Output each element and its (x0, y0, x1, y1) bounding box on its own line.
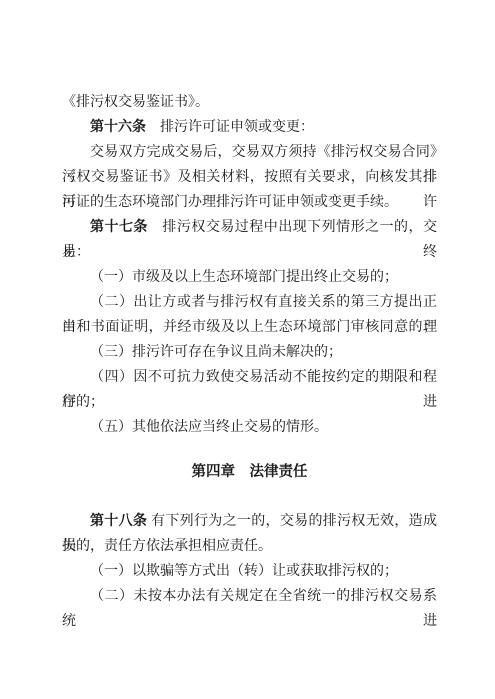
line-text: （四）因不可抗力致使交易活动不能按约定的期限和程序进 (62, 370, 437, 410)
line-text: （五）其他依法应当终止交易的情形。 (90, 420, 328, 435)
text-line: 《排污权交易鉴证书》。 (62, 90, 437, 115)
line-text: （三）排污许可存在争议且尚未解决的； (90, 345, 342, 360)
line-text: 失的，责任方依法承担相应责任。 (62, 539, 272, 554)
text-line: 交易双方完成交易后，交易双方须持《排污权交易合同》《排 (62, 140, 437, 165)
text-line: 污权交易鉴证书》及相关材料，按照有关要求，向核发其排污许 (62, 165, 437, 190)
text-line: 由和书面证明，并经市级及以上生态环境部门审核同意的； (62, 315, 437, 340)
line-text: 行的； (62, 395, 104, 410)
article-number: 第十七条 (90, 220, 148, 235)
text-line: （一）以欺骗等方式出（转）让或获取排污权的； (62, 559, 437, 584)
line-text: 排污许可证申领或变更： (146, 120, 314, 135)
article-number: 第十八条 (90, 514, 147, 529)
text-line: （五）其他依法应当终止交易的情形。 (62, 415, 437, 440)
line-text: 《排污权交易鉴证书》。 (62, 95, 209, 110)
text-line: 第十八条 有下列行为之一的，交易的排污权无效，造成损 (62, 509, 437, 534)
document-page: 《排污权交易鉴证书》。第十六条 排污许可证申领或变更：交易双方完成交易后，交易双… (0, 0, 495, 699)
line-text: （二）未按本办法有关规定在全省统一的排污权交易系统进 (62, 589, 437, 629)
text-line: 第十六条 排污许可证申领或变更： (62, 115, 437, 140)
text-line: （一）市级及以上生态环境部门提出终止交易的； (62, 265, 437, 290)
line-text: （一）以欺骗等方式出（转）让或获取排污权的； (90, 564, 398, 579)
text-line: （二）未按本办法有关规定在全省统一的排污权交易系统进 (62, 584, 437, 609)
article-number: 第十六条 (90, 120, 146, 135)
line-text: 止： (62, 245, 90, 260)
line-text: 由和书面证明，并经市级及以上生态环境部门审核同意的； (62, 320, 437, 335)
text-line: （四）因不可抗力致使交易活动不能按约定的期限和程序进 (62, 365, 437, 390)
text-line: （三）排污许可存在争议且尚未解决的； (62, 340, 437, 365)
document-content: 《排污权交易鉴证书》。第十六条 排污许可证申领或变更：交易双方完成交易后，交易双… (62, 90, 437, 609)
text-line: （二）出让方或者与排污权有直接关系的第三方提出正当理 (62, 290, 437, 315)
text-line: 失的，责任方依法承担相应责任。 (62, 534, 437, 559)
text-line: 第十七条 排污权交易过程中出现下列情形之一的，交易终 (62, 215, 437, 240)
line-text: 可证的生态环境部门办理排污许可证申领或变更手续。 (62, 195, 398, 210)
chapter-heading: 第四章 法律责任 (62, 460, 437, 485)
text-line: 可证的生态环境部门办理排污许可证申领或变更手续。 (62, 190, 437, 215)
line-text: （一）市级及以上生态环境部门提出终止交易的； (90, 270, 398, 285)
chapter-heading-text: 第四章 法律责任 (192, 464, 308, 480)
